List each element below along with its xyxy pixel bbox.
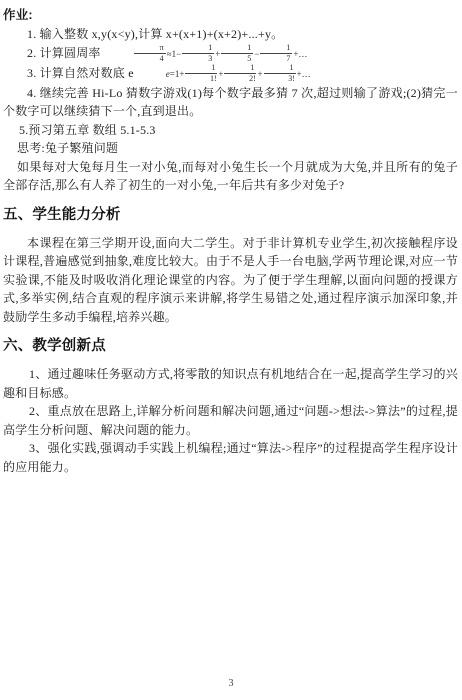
homework-item-2: 2. 计算圆周率π4≈1−13+15−17+… bbox=[3, 44, 458, 64]
e-series-formula: e=1+11!+12!+13!+… bbox=[142, 64, 311, 84]
section5-heading: 五、学生能力分析 bbox=[3, 205, 458, 225]
fraction-pi-over-4: π4 bbox=[134, 44, 166, 63]
pi-series-formula: π4≈1−13+15−17+… bbox=[109, 44, 308, 64]
document-page: 作业: 1. 输入整数 x,y(x<y),计算 x+(x+1)+(x+2)+..… bbox=[0, 0, 462, 700]
section6-item-1: 1、通过趣味任务驱动方式,将零散的知识点有机地结合在一起,提高学生学习的兴趣和目… bbox=[3, 365, 458, 402]
section6-item-3: 3、强化实践,强调动手实践上机编程;通过“算法->程序”的过程提高学生程序设计的… bbox=[3, 439, 458, 476]
homework-item-1: 1. 输入整数 x,y(x<y),计算 x+(x+1)+(x+2)+...+y。 bbox=[3, 25, 458, 44]
homework-item-3: 3. 计算自然对数底 ee=1+11!+12!+13!+… bbox=[3, 64, 458, 84]
fraction-1-7: 17 bbox=[260, 44, 292, 63]
section6-heading: 六、教学创新点 bbox=[3, 336, 458, 356]
page-number: 3 bbox=[0, 678, 462, 689]
document-content: 作业: 1. 输入整数 x,y(x<y),计算 x+(x+1)+(x+2)+..… bbox=[0, 0, 462, 476]
homework-title: 作业: bbox=[3, 6, 458, 25]
homework-item-3-label: 3. 计算自然对数底 e bbox=[27, 66, 134, 80]
section6-item-2: 2、重点放在思路上,详解分析问题和解决问题,通过“问题->想法->算法”的过程,… bbox=[3, 402, 458, 439]
rabbit-problem-paragraph: 如果每对大兔每月生一对小兔,而每对小兔生长一个月就成为大兔,并且所有的兔子全部存… bbox=[3, 158, 458, 195]
fraction-1-3fact: 13! bbox=[264, 64, 296, 83]
homework-item-4: 4. 继续完善 Hi-Lo 猜数字游戏(1)每个数字最多猜 7 次,超过则输了游… bbox=[3, 84, 458, 121]
section5-paragraph: 本课程在第三学期开设,面向大二学生。对于非计算机专业学生,初次接触程序设计课程,… bbox=[3, 234, 458, 327]
fraction-1-3: 13 bbox=[182, 44, 214, 63]
homework-item-5: 5.预习第五章 数组 5.1-5.3 bbox=[3, 121, 458, 140]
homework-think-label: 思考:兔子繁殖问题 bbox=[3, 139, 458, 158]
fraction-1-2fact: 12! bbox=[224, 64, 256, 83]
fraction-1-5: 15 bbox=[221, 44, 253, 63]
homework-item-2-label: 2. 计算圆周率 bbox=[27, 46, 101, 60]
fraction-1-1fact: 11! bbox=[185, 64, 217, 83]
